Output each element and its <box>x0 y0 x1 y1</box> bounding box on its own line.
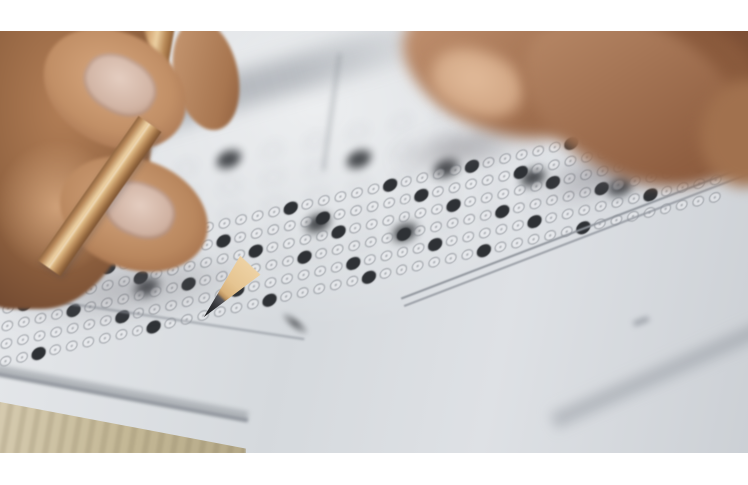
answer-bubble <box>382 214 394 227</box>
answer-bubble <box>220 178 240 196</box>
answer-bubble <box>365 218 377 231</box>
answer-bubble <box>247 298 259 311</box>
answer-bubble <box>498 170 510 183</box>
answer-bubble <box>283 237 295 250</box>
answer-bubble <box>282 255 294 268</box>
answer-bubble <box>379 267 391 280</box>
answer-bubble <box>380 249 392 262</box>
answer-bubble <box>481 191 493 204</box>
answer-bubble-filled <box>414 187 429 203</box>
answer-bubble <box>263 168 283 186</box>
answer-bubble <box>265 258 277 271</box>
answer-bubble <box>545 211 557 224</box>
answer-bubble <box>364 236 376 249</box>
answer-bubble <box>264 276 276 289</box>
answer-bubble <box>462 230 474 243</box>
answer-bubble <box>16 351 28 364</box>
letterbox-bottom <box>0 453 748 485</box>
answer-bubble <box>281 272 293 285</box>
screenshot <box>0 0 748 485</box>
answer-bubble <box>463 213 475 226</box>
answer-bubble <box>65 339 77 352</box>
answer-bubble <box>445 252 457 265</box>
wood-table-corner <box>0 391 246 453</box>
answer-bubble <box>351 186 363 199</box>
answer-bubble <box>280 290 292 303</box>
answer-bubble-filled <box>447 198 462 214</box>
answer-bubble <box>266 241 278 254</box>
answer-bubble <box>398 210 410 223</box>
answer-bubble-filled <box>262 292 277 308</box>
answer-bubble <box>415 206 427 219</box>
answer-bubble-filled <box>495 204 510 220</box>
answer-bubble <box>348 239 360 252</box>
answer-bubble <box>0 337 12 350</box>
answer-bubble <box>17 333 29 346</box>
answer-bubble <box>82 336 94 349</box>
answer-bubble <box>480 209 492 222</box>
answer-bubble <box>267 223 279 236</box>
margin-mark <box>633 316 650 326</box>
answer-bubble <box>350 204 362 217</box>
answer-bubble <box>313 282 325 295</box>
answer-bubble <box>549 141 561 154</box>
answer-bubble <box>329 278 341 291</box>
answer-bubble-filled <box>346 148 371 171</box>
answer-bubble <box>268 205 280 218</box>
answer-bubble <box>176 159 196 177</box>
answer-bubble-filled <box>297 249 312 265</box>
answer-bubble <box>334 190 346 203</box>
answer-bubble <box>532 144 544 157</box>
answer-bubble <box>428 256 440 269</box>
answer-bubble <box>627 192 639 205</box>
answer-bubble <box>461 248 473 261</box>
answer-bubble <box>115 328 127 341</box>
answer-bubble <box>464 195 476 208</box>
exam-photo <box>0 31 748 453</box>
answer-bubble-filled <box>331 224 346 240</box>
answer-bubble <box>465 177 477 190</box>
answer-bubble-filled <box>361 270 376 286</box>
answer-bubble <box>349 222 361 235</box>
answer-bubble <box>316 229 328 242</box>
answer-bubble <box>495 223 507 236</box>
answer-bubble <box>578 204 590 217</box>
answer-bubble <box>709 191 721 204</box>
answer-bubble <box>234 231 246 244</box>
answer-bubble <box>514 184 526 197</box>
answer-bubble <box>251 227 263 240</box>
answer-bubble <box>235 213 247 226</box>
answer-bubble <box>98 332 110 345</box>
answer-bubble <box>284 219 296 232</box>
answer-bubble <box>318 194 330 207</box>
answer-bubble <box>414 224 426 237</box>
answer-bubble <box>381 232 393 245</box>
answer-bubble <box>511 237 523 250</box>
answer-bubble <box>446 234 458 247</box>
answer-bubble-filled <box>248 243 263 259</box>
letterbox-top <box>0 0 748 31</box>
answer-bubble <box>482 174 494 187</box>
answer-bubble <box>594 200 606 213</box>
answer-bubble <box>306 159 326 177</box>
answer-bubble <box>230 301 242 314</box>
answer-bubble-filled <box>216 148 241 171</box>
answer-bubble <box>396 246 408 259</box>
answer-bubble-filled <box>477 243 492 259</box>
answer-bubble <box>494 240 506 253</box>
answer-bubble <box>346 275 358 288</box>
answer-bubble <box>413 242 425 255</box>
answer-bubble <box>611 196 623 209</box>
answer-bubble-filled <box>315 210 330 226</box>
answer-bubble <box>299 233 311 246</box>
answer-bubble <box>395 263 407 276</box>
answer-bubble-filled <box>513 165 528 181</box>
answer-bubble <box>315 247 327 260</box>
answer-bubble-filled <box>527 214 542 230</box>
answer-bubble-filled <box>216 233 231 249</box>
answer-bubble <box>412 259 424 272</box>
answer-bubble <box>431 203 443 216</box>
answer-bubble <box>363 253 375 266</box>
answer-bubble <box>430 220 442 233</box>
answer-bubble <box>367 183 379 196</box>
answer-bubble <box>561 207 573 220</box>
answer-bubble <box>301 198 313 211</box>
answer-bubble-filled <box>396 227 411 243</box>
answer-bubble <box>262 141 282 159</box>
answer-bubble <box>513 201 525 214</box>
answer-bubble <box>366 200 378 213</box>
answer-bubble <box>512 219 524 232</box>
answer-bubble <box>252 209 264 222</box>
answer-bubble <box>399 193 411 206</box>
answer-bubble <box>447 216 459 229</box>
answer-bubble <box>348 123 368 141</box>
answer-bubble <box>314 265 326 278</box>
answer-bubble <box>479 227 491 240</box>
answer-bubble-filled <box>31 346 46 362</box>
answer-bubble <box>300 215 312 228</box>
answer-bubble <box>296 286 308 299</box>
answer-bubble <box>400 175 412 188</box>
answer-bubble <box>305 132 325 150</box>
answer-bubble <box>219 217 231 230</box>
answer-bubble-filled <box>346 256 361 272</box>
answer-bubble <box>33 329 45 342</box>
answer-bubble <box>333 208 345 221</box>
answer-bubble <box>49 343 61 356</box>
answer-bubble <box>330 261 342 274</box>
answer-bubble <box>449 181 461 194</box>
answer-bubble <box>497 187 509 200</box>
answer-bubble-filled <box>428 237 443 253</box>
answer-bubble <box>131 324 143 337</box>
answer-bubble <box>391 114 411 132</box>
answer-bubble <box>531 162 543 175</box>
answer-bubble <box>432 185 444 198</box>
answer-bubble <box>331 243 343 256</box>
answer-bubble <box>383 196 395 209</box>
answer-bubble <box>297 268 309 281</box>
